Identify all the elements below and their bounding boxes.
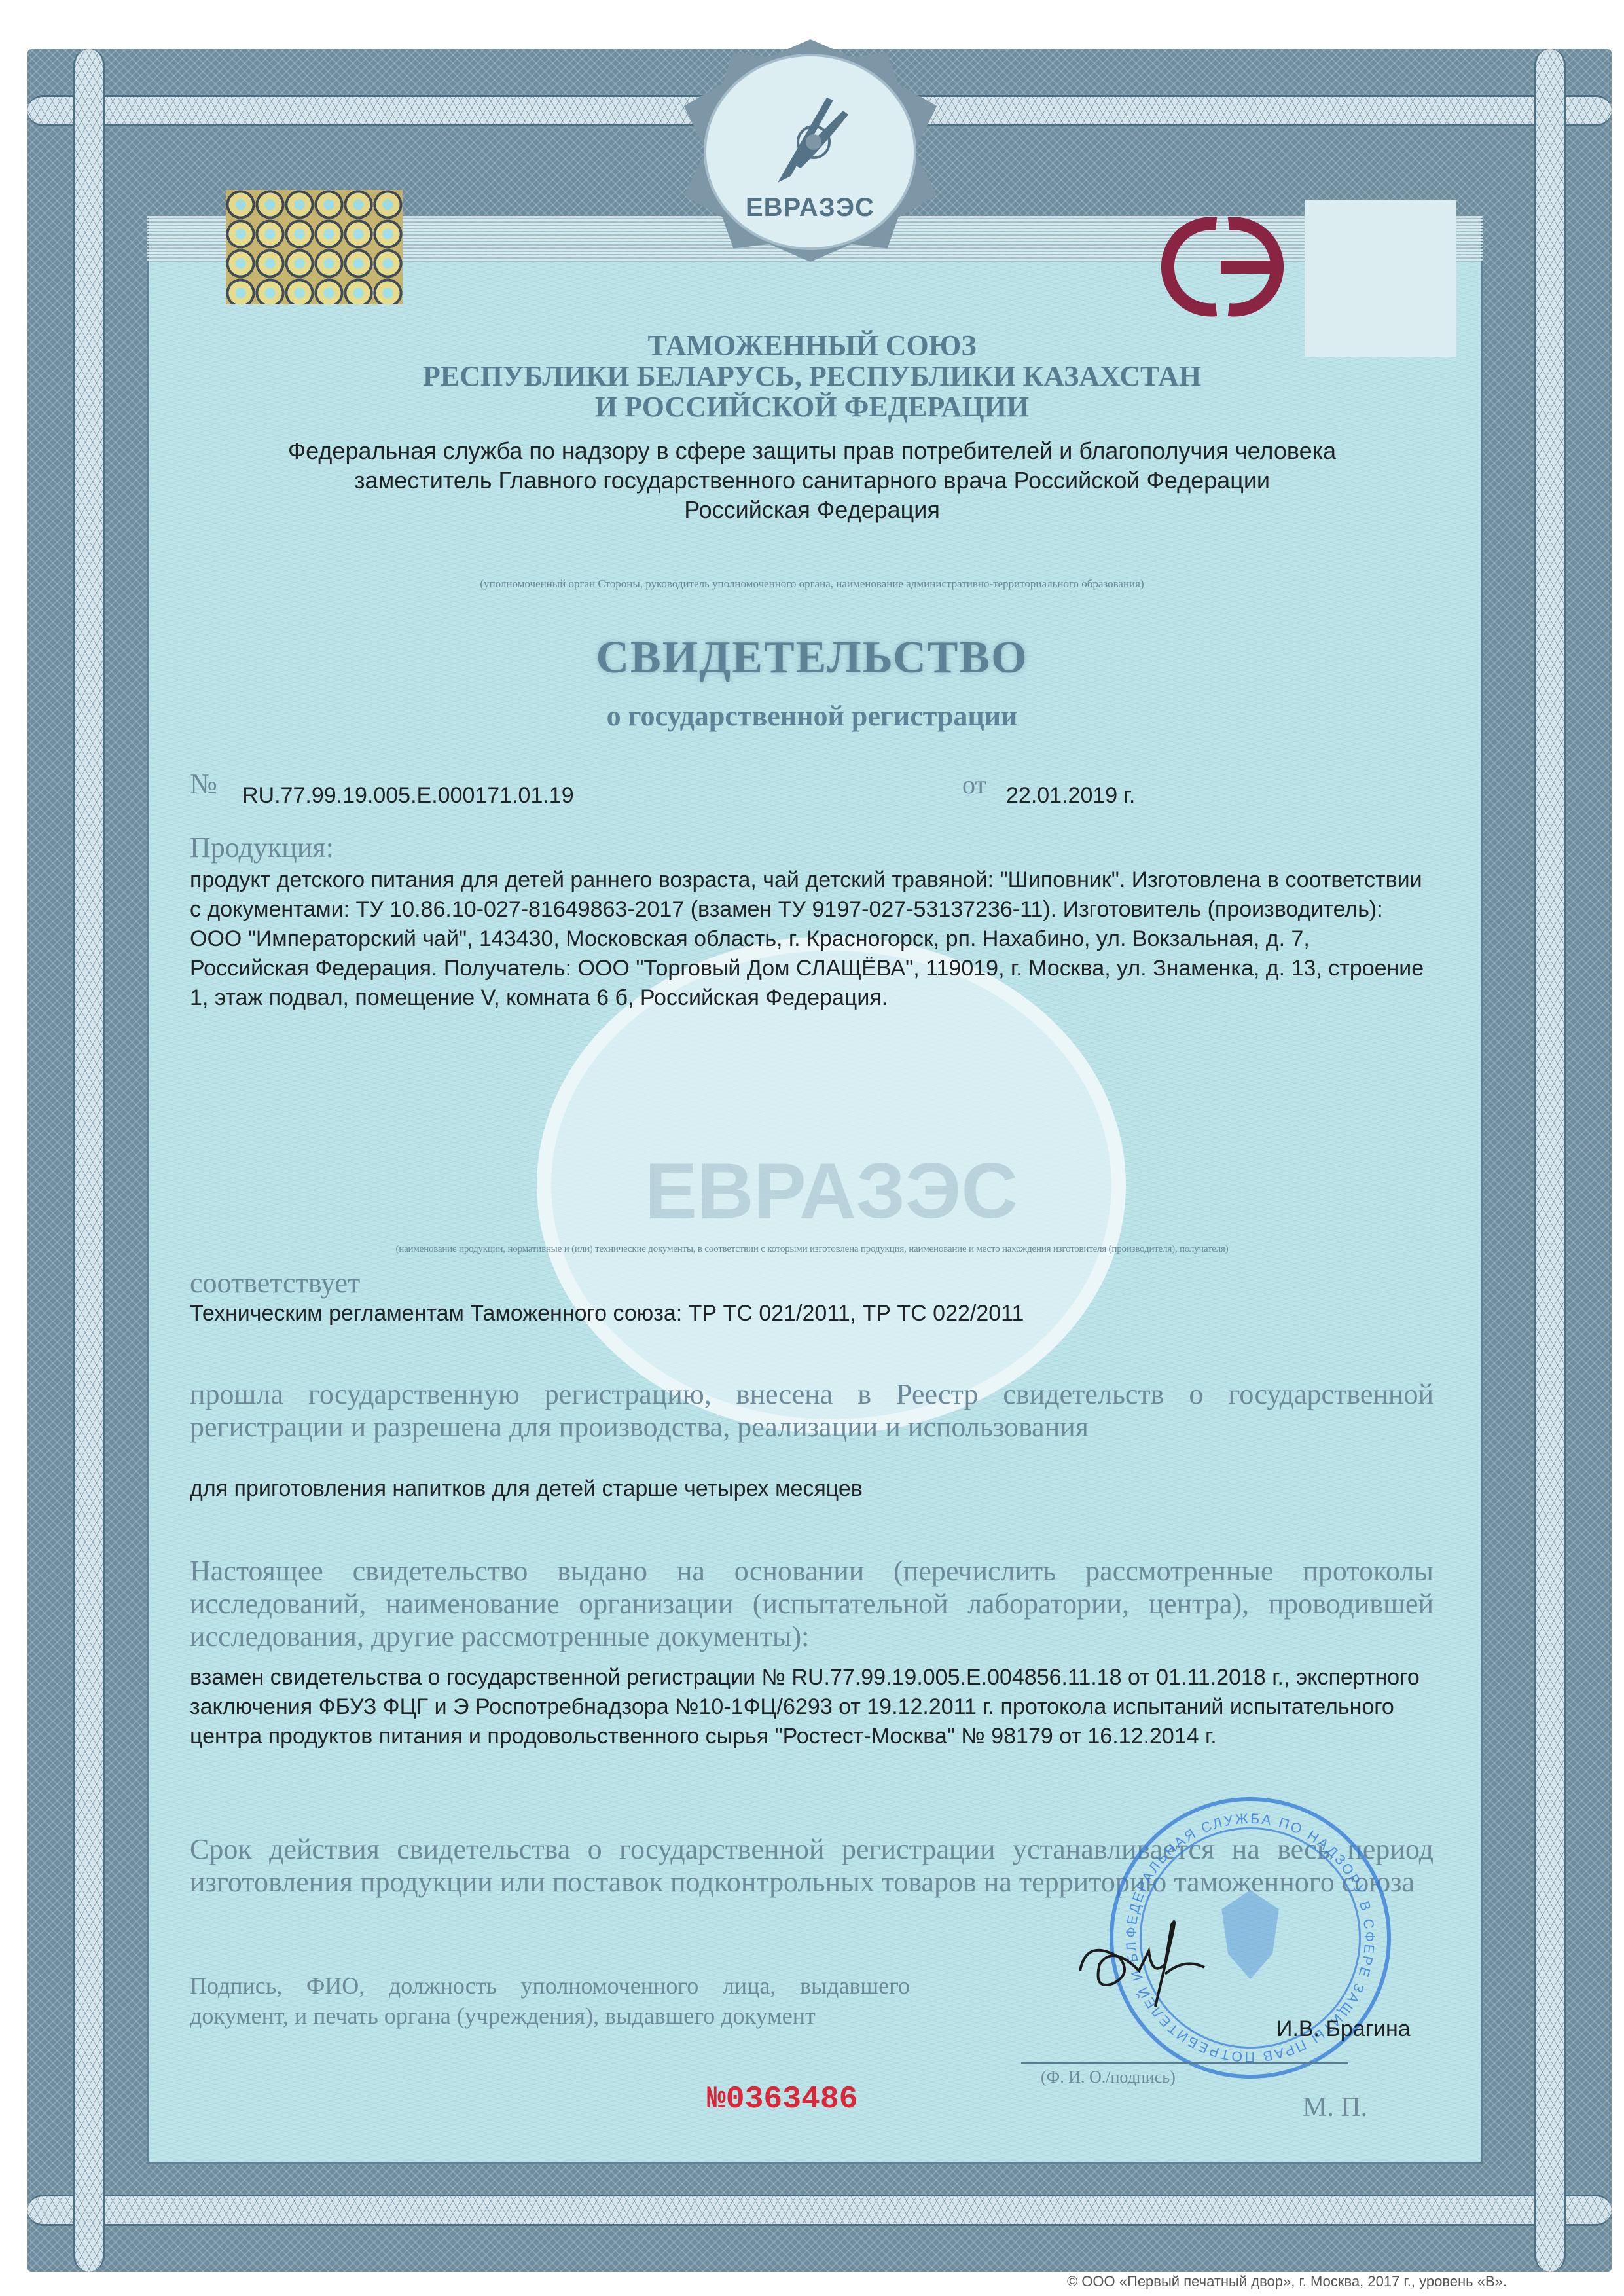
basis-text: взамен свидетельства о государственной р… — [190, 1663, 1434, 1751]
conformity-text: Техническим регламентам Таможенного союз… — [190, 1299, 1434, 1328]
document-title: СВИДЕТЕЛЬСТВО — [0, 632, 1624, 684]
conformity-label: соответствует — [190, 1267, 1434, 1300]
signatory-name: И.В. Брагина — [1276, 2016, 1411, 2042]
eurasec-emblem: ЕВРАЗЭС — [704, 54, 916, 250]
printer-copyright: © ООО «Первый печатный двор», г. Москва,… — [1067, 2273, 1507, 2290]
authority-line-1: Федеральная служба по надзору в сфере за… — [0, 435, 1624, 467]
hologram-security-sticker — [226, 190, 403, 304]
union-title-line-3: И РОССИЙСКОЙ ФЕДЕРАЦИИ — [0, 389, 1624, 426]
basis-label: Настоящее свидетельство выдано на основа… — [190, 1555, 1434, 1653]
date-label: от — [962, 769, 986, 800]
authority-caption: (уполномоченный орган Стороны, руководит… — [0, 577, 1624, 591]
product-description: продукт детского питания для детей ранне… — [190, 866, 1434, 1013]
authority-line-3: Российская Федерация — [0, 494, 1624, 526]
seal-label: М. П. — [1303, 2092, 1367, 2123]
eurasec-emblem-icon — [765, 91, 856, 189]
signature-block-label: Подпись, ФИО, должность уполномоченного … — [190, 1971, 910, 2031]
usage-text: для приготовления напитков для детей ста… — [190, 1474, 1434, 1504]
signature-line — [1021, 2062, 1348, 2064]
watermark-label: ЕВРАЗЭС — [602, 1146, 1060, 1236]
product-caption: (наименование продукции, нормативные и (… — [0, 1244, 1624, 1255]
frame-band-bottom — [27, 2195, 1612, 2226]
emblem-label: ЕВРАЗЭС — [746, 193, 875, 223]
handwritten-signature — [1074, 1912, 1224, 2010]
customs-union-ce-mark-icon — [1159, 210, 1286, 324]
number-label: № — [190, 767, 217, 801]
document-subtitle: о государственной регистрации — [0, 699, 1624, 733]
registration-number: RU.77.99.19.005.E.000171.01.19 — [242, 783, 574, 809]
registration-status-text: прошла государственную регистрацию, внес… — [190, 1378, 1434, 1444]
product-label: Продукция: — [190, 831, 1434, 864]
authority-line-2: заместитель Главного государственного са… — [0, 465, 1624, 496]
signature-caption: (Ф. И. О./подпись) — [1041, 2068, 1176, 2087]
form-serial-number: №0363486 — [707, 2082, 857, 2117]
registration-date: 22.01.2019 г. — [1006, 783, 1135, 809]
